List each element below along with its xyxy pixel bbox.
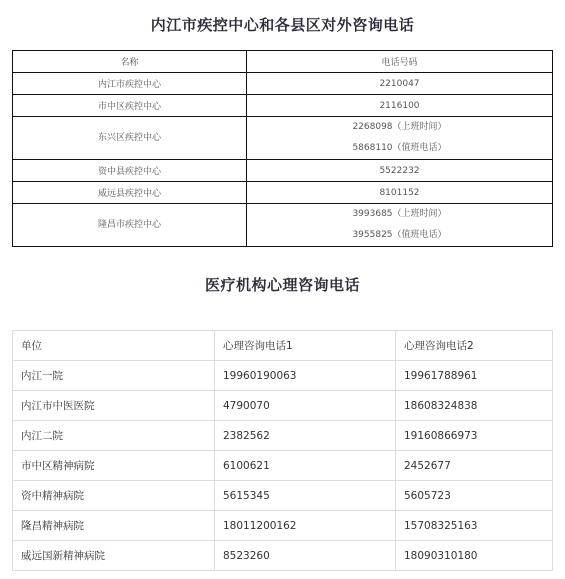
phone-2: 15708325163 xyxy=(396,511,553,541)
phone-number-work: 3993685（上班时间） xyxy=(247,204,552,225)
phone-2: 2452677 xyxy=(396,451,553,481)
table-row: 隆昌精神病院 18011200162 15708325163 xyxy=(13,511,553,541)
table-row: 内江市疾控中心 2210047 xyxy=(13,73,553,95)
table-row: 隆昌市疾控中心 3993685（上班时间） 3955825（值班电话） xyxy=(13,204,553,247)
phone-number: 5522232 xyxy=(247,160,553,182)
unit-name: 威远国新精神病院 xyxy=(13,541,215,571)
unit-name: 内江市中医医院 xyxy=(13,391,215,421)
phone-number-duty: 3955825（值班电话） xyxy=(247,225,552,246)
unit-name: 市中区精神病院 xyxy=(13,451,215,481)
unit-name: 隆昌精神病院 xyxy=(13,511,215,541)
phone-numbers: 2268098（上班时间） 5868110（值班电话） xyxy=(247,117,553,160)
table-row: 资中县疾控中心 5522232 xyxy=(13,160,553,182)
table-row: 市中区精神病院 6100621 2452677 xyxy=(13,451,553,481)
org-name: 东兴区疾控中心 xyxy=(13,117,247,160)
header-phone1: 心理咨询电话1 xyxy=(215,331,396,361)
header-phone2: 心理咨询电话2 xyxy=(396,331,553,361)
phone-number-work: 2268098（上班时间） xyxy=(247,117,552,138)
phone-2: 19160866973 xyxy=(396,421,553,451)
psych-phone-table: 单位 心理咨询电话1 心理咨询电话2 内江一院 19960190063 1996… xyxy=(12,330,553,571)
cdc-section-title: 内江市疾控中心和各县区对外咨询电话 xyxy=(0,14,565,35)
org-name: 资中县疾控中心 xyxy=(13,160,247,182)
header-phone: 电话号码 xyxy=(247,51,553,73)
org-name: 隆昌市疾控中心 xyxy=(13,204,247,247)
phone-numbers: 3993685（上班时间） 3955825（值班电话） xyxy=(247,204,553,247)
org-name: 内江市疾控中心 xyxy=(13,73,247,95)
phone-number: 8101152 xyxy=(247,182,553,204)
psych-section-title: 医疗机构心理咨询电话 xyxy=(0,274,565,295)
cdc-phone-table: 名称 电话号码 内江市疾控中心 2210047 市中区疾控中心 2116100 … xyxy=(12,50,553,247)
table-row: 威远县疾控中心 8101152 xyxy=(13,182,553,204)
table-row: 市中区疾控中心 2116100 xyxy=(13,95,553,117)
phone-2: 5605723 xyxy=(396,481,553,511)
phone-number: 2116100 xyxy=(247,95,553,117)
phone-1: 6100621 xyxy=(215,451,396,481)
unit-name: 内江二院 xyxy=(13,421,215,451)
org-name: 市中区疾控中心 xyxy=(13,95,247,117)
table-row: 东兴区疾控中心 2268098（上班时间） 5868110（值班电话） xyxy=(13,117,553,160)
phone-1: 4790070 xyxy=(215,391,396,421)
unit-name: 资中精神病院 xyxy=(13,481,215,511)
table-row: 资中精神病院 5615345 5605723 xyxy=(13,481,553,511)
org-name: 威远县疾控中心 xyxy=(13,182,247,204)
phone-1: 19960190063 xyxy=(215,361,396,391)
phone-2: 19961788961 xyxy=(396,361,553,391)
phone-2: 18090310180 xyxy=(396,541,553,571)
phone-2: 18608324838 xyxy=(396,391,553,421)
table-row: 威远国新精神病院 8523260 18090310180 xyxy=(13,541,553,571)
header-name: 名称 xyxy=(13,51,247,73)
table-row: 内江市中医医院 4790070 18608324838 xyxy=(13,391,553,421)
header-unit: 单位 xyxy=(13,331,215,361)
phone-1: 2382562 xyxy=(215,421,396,451)
table-row: 内江一院 19960190063 19961788961 xyxy=(13,361,553,391)
table-header-row: 单位 心理咨询电话1 心理咨询电话2 xyxy=(13,331,553,361)
phone-1: 18011200162 xyxy=(215,511,396,541)
phone-number: 2210047 xyxy=(247,73,553,95)
phone-number-duty: 5868110（值班电话） xyxy=(247,138,552,159)
phone-1: 8523260 xyxy=(215,541,396,571)
table-row: 内江二院 2382562 19160866973 xyxy=(13,421,553,451)
phone-1: 5615345 xyxy=(215,481,396,511)
table-header-row: 名称 电话号码 xyxy=(13,51,553,73)
unit-name: 内江一院 xyxy=(13,361,215,391)
